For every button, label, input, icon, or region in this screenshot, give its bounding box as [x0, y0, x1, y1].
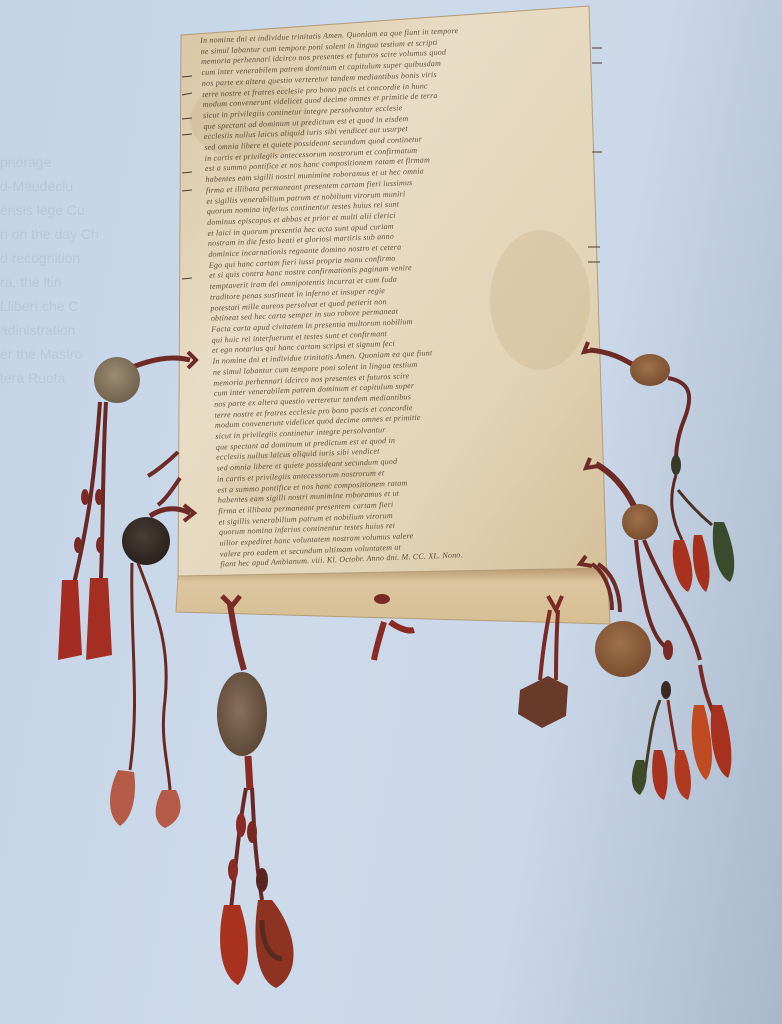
tassel [86, 578, 112, 660]
tassel [110, 770, 135, 826]
tassel [632, 760, 647, 795]
tassel [692, 705, 712, 780]
tassel [652, 750, 667, 800]
tassel [675, 750, 691, 800]
tassel [693, 535, 710, 592]
seal-bottom-oval [217, 596, 294, 988]
seal-left-top [58, 352, 196, 660]
tassel [713, 522, 734, 582]
charter-text: In nomine dni et individue trinitatis Am… [200, 21, 613, 596]
cord-slit [374, 594, 390, 604]
cut-cord [374, 622, 414, 660]
tassel [255, 900, 293, 988]
tassel [711, 705, 732, 778]
tassel [220, 905, 248, 985]
tassel [156, 790, 181, 828]
tassel [673, 540, 693, 592]
tassel [58, 580, 82, 660]
seal-left-middle [110, 452, 194, 828]
